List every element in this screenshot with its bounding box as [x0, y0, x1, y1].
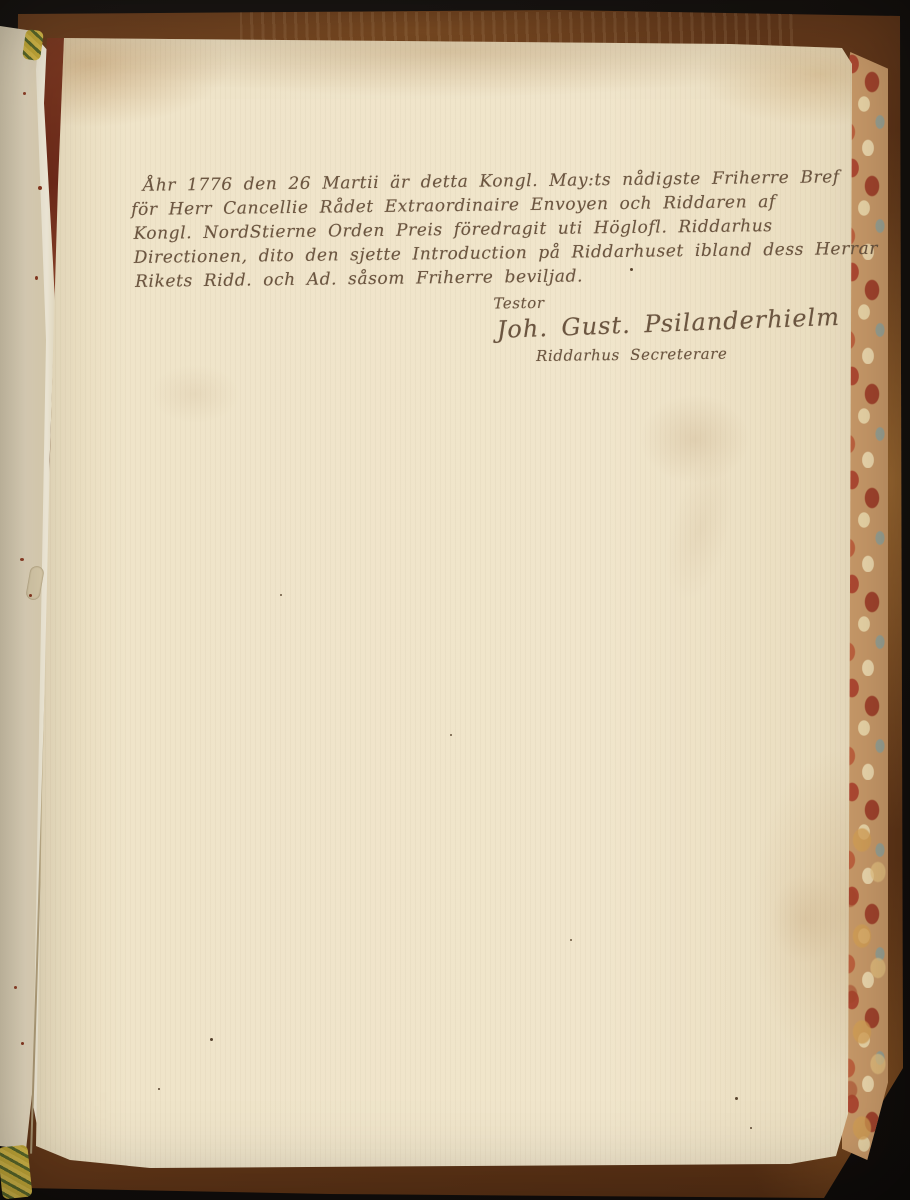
manuscript-line-5: Rikets Ridd. och Ad. såsom Friherre bevi…	[135, 266, 583, 291]
book-photo: Åhr 1776 den 26 Martii är detta Kongl. M…	[0, 0, 910, 1200]
signature-title: Riddarhus Secreterare	[536, 345, 728, 365]
manuscript-line-2: för Herr Cancellie Rådet Extraordinaire …	[131, 192, 776, 220]
testor-label: Testor	[493, 294, 544, 313]
handwritten-entry: Åhr 1776 den 26 Martii är detta Kongl. M…	[0, 0, 910, 1200]
signature-name: Joh. Gust. Psilanderhielm	[496, 303, 840, 344]
manuscript-line-4: Directionen, dito den sjette Introductio…	[134, 239, 879, 268]
manuscript-line-1: Åhr 1776 den 26 Martii är detta Kongl. M…	[143, 167, 840, 196]
manuscript-line-3: Kongl. NordStierne Orden Preis föredragi…	[133, 216, 772, 244]
